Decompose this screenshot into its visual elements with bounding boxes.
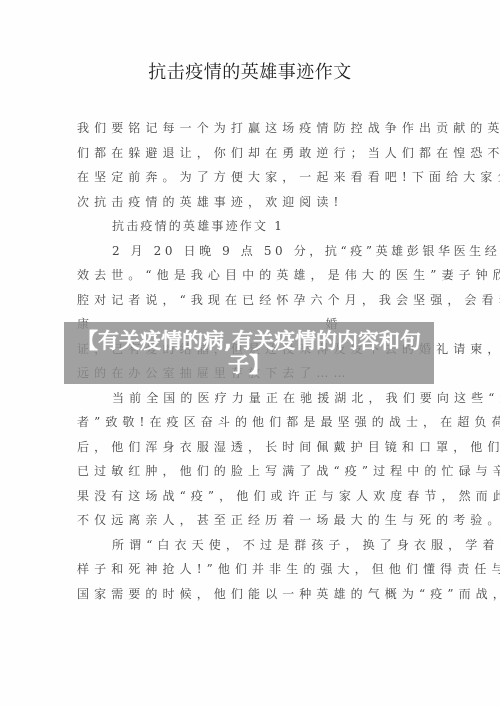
paragraph-line: 已过敏红肿，他们的脸上写满了战“疫”过程中的忙碌与辛酸。如 [77, 459, 427, 484]
paragraph-line: 所谓“白衣天使，不过是群孩子，换了身衣服，学着前辈的 [77, 533, 427, 558]
intro-line: 我们要铭记每一个为打赢这场疫情防控战争作出贡献的英雄，当人 [77, 116, 427, 141]
title-overlay-banner: 【有关疫情的病,有关疫情的内容和句 子】 [64, 322, 434, 384]
intro-line: 次抗击疫情的英雄事迹，欢迎阅读! [77, 190, 427, 215]
overlay-title-line2: 子】 [64, 353, 434, 377]
paragraph-line: 当前全国的医疗力量正在驰援湖北，我们要向这些“逆行 [77, 386, 427, 411]
paragraph-line: 国家需要的时候，他们能以一种英雄的气概为“疫”而战，用汗水 [77, 582, 427, 607]
paragraph-line: 者”致敬!在疫区奋斗的他们都是最坚强的战士，在超负荷的工作 [77, 410, 427, 435]
intro-line: 在坚定前奔。为了方便大家，一起来看看吧!下面给大家分享关于这 [77, 165, 427, 190]
paragraph-line: 腔对记者说，“我现在已经怀孕六个月，我会坚强，会看着宝宝健 [77, 288, 427, 313]
overlay-title-line1: 【有关疫情的病,有关疫情的内容和句 [64, 329, 434, 353]
paragraph-line: 果没有这场战“疫”，他们或许正与家人欢度春节，然而此刻的他们 [77, 484, 427, 509]
paragraph-line: 样子和死神抢人!”他们并非生的强大，但他们懂得责任与担当，在 [77, 557, 427, 582]
paragraph-line: 效去世。“他是我心目中的英雄，是伟大的医生”妻子钟欣带着哭 [77, 263, 427, 288]
intro-line: 们都在躲避退让，你们却在勇敢逆行；当人们都在惶恐不安，你们却 [77, 141, 427, 166]
paragraph-line: 后，他们浑身衣服湿透，长时间佩戴护目镜和口罩，他们的脸颊都 [77, 435, 427, 460]
overlay-title: 【有关疫情的病,有关疫情的内容和句 子】 [64, 322, 434, 384]
document-page: 抗击疫情的英雄事迹作文 我们要铭记每一个为打赢这场疫情防控战争作出贡献的英雄，当… [0, 0, 500, 706]
section-heading: 抗击疫情的英雄事迹作文 1 [77, 214, 427, 239]
document-title: 抗击疫情的英雄事迹作文 [0, 60, 500, 86]
paragraph-line: 2 月 20 日晚 9 点 50 分，抗“疫”英雄彭银华医生经抢救无 [77, 239, 427, 264]
paragraph-line: 不仅远离亲人，甚至正经历着一场最大的生与死的考验。 [77, 508, 427, 533]
